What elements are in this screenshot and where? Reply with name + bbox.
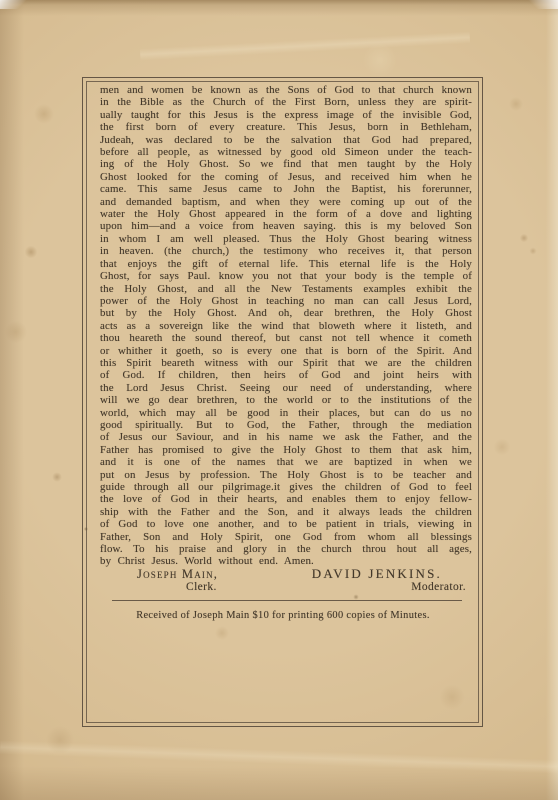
text-line: this Spirit beareth witness with our Spi… bbox=[100, 357, 472, 369]
text-line: guide through all our pilgrimage.it give… bbox=[100, 481, 472, 493]
text-line: the first born of every creature. This J… bbox=[100, 121, 472, 133]
clerk-signature: Joseph Main, bbox=[137, 567, 218, 582]
scanned-page: men and women be known as the Sons of Go… bbox=[0, 0, 558, 800]
paper-crease-top bbox=[140, 31, 470, 60]
text-line: thou heareth the sound thereof, but cans… bbox=[100, 332, 472, 344]
text-line: will we go dear brethren, to the world o… bbox=[100, 394, 472, 406]
text-line: and it is one of the names that we are b… bbox=[100, 456, 472, 468]
text-line: world, which may all be good in their pl… bbox=[100, 407, 472, 419]
text-line: in whom I am well pleased. Thus the Holy… bbox=[100, 233, 472, 245]
text-line: and demanded baptism, and when they were… bbox=[100, 196, 472, 208]
text-line: Ghost looked for the coming of Jesus, an… bbox=[100, 171, 472, 183]
text-line: in heaven. (the church,) the testimony w… bbox=[100, 245, 472, 257]
text-line: water the Holy Ghost appeared in the for… bbox=[100, 208, 472, 220]
text-line: Judeah, was declared to be the salvation… bbox=[100, 134, 472, 146]
paper-crease-bottom bbox=[0, 740, 558, 773]
text-line: power of the Holy Ghost in teaching no m… bbox=[100, 295, 472, 307]
receipt-note: Received of Joseph Main $10 for printing… bbox=[100, 610, 472, 621]
text-line: in the Bible as the Church of the First … bbox=[100, 96, 472, 108]
text-line: that enjoys the gift of eternal life. Th… bbox=[100, 258, 472, 270]
text-line: of God to love one another, and to be pa… bbox=[100, 518, 472, 530]
text-line: of Jesus our Saviour, and in his name we… bbox=[100, 431, 472, 443]
signature-names-row: Joseph Main, DAVID JENKINS. bbox=[100, 566, 472, 582]
moderator-signature: DAVID JENKINS. bbox=[312, 566, 442, 582]
text-line: put on Jesus by profession. The Holy Gho… bbox=[100, 469, 472, 481]
text-line: Ghost, for says Paul. know you not that … bbox=[100, 270, 472, 282]
text-line: Father has promised to give the Holy Gho… bbox=[100, 444, 472, 456]
text-line: upon him—and a voice from heaven saying.… bbox=[100, 220, 472, 232]
text-line: ually taught for this Jesus is the expre… bbox=[100, 109, 472, 121]
signature-titles-row: Clerk. Moderator. bbox=[100, 581, 472, 593]
text-line: acts as a sovereign like the wind that b… bbox=[100, 320, 472, 332]
text-line: the love of God in their hearts, and ena… bbox=[100, 493, 472, 505]
text-line: ship with the Father and the Son, and it… bbox=[100, 506, 472, 518]
text-line: the Lord Jesus Christ. Seeing our need o… bbox=[100, 382, 472, 394]
scan-edge-top-right bbox=[524, 0, 558, 9]
text-line: came. This same Jesus came to John the B… bbox=[100, 183, 472, 195]
text-line: Father, Son and Holy Spirit, one God fro… bbox=[100, 531, 472, 543]
clerk-title: Clerk. bbox=[186, 581, 217, 593]
text-line: ing of the Holy Ghost. So we find that m… bbox=[100, 158, 472, 170]
text-line: flow. To his praise and glory in the chu… bbox=[100, 543, 472, 555]
text-line: men and women be known as the Sons of Go… bbox=[100, 84, 472, 96]
divider-rule bbox=[112, 600, 462, 601]
text-line: of God. If children, then heirs of God a… bbox=[100, 369, 472, 381]
text-line: or whither it goeth, so is every one tha… bbox=[100, 345, 472, 357]
text-line: the Holy Ghost, and all the New Testamen… bbox=[100, 283, 472, 295]
scan-edge-top-left bbox=[0, 0, 30, 9]
text-line: before all people, as witnessed by good … bbox=[100, 146, 472, 158]
minutes-body-text: men and women be known as the Sons of Go… bbox=[100, 84, 472, 568]
text-line: good spiritually. But to God, the Father… bbox=[100, 419, 472, 431]
text-line: but by the Holy Ghost. And oh, dear bret… bbox=[100, 307, 472, 319]
moderator-title: Moderator. bbox=[411, 581, 466, 593]
